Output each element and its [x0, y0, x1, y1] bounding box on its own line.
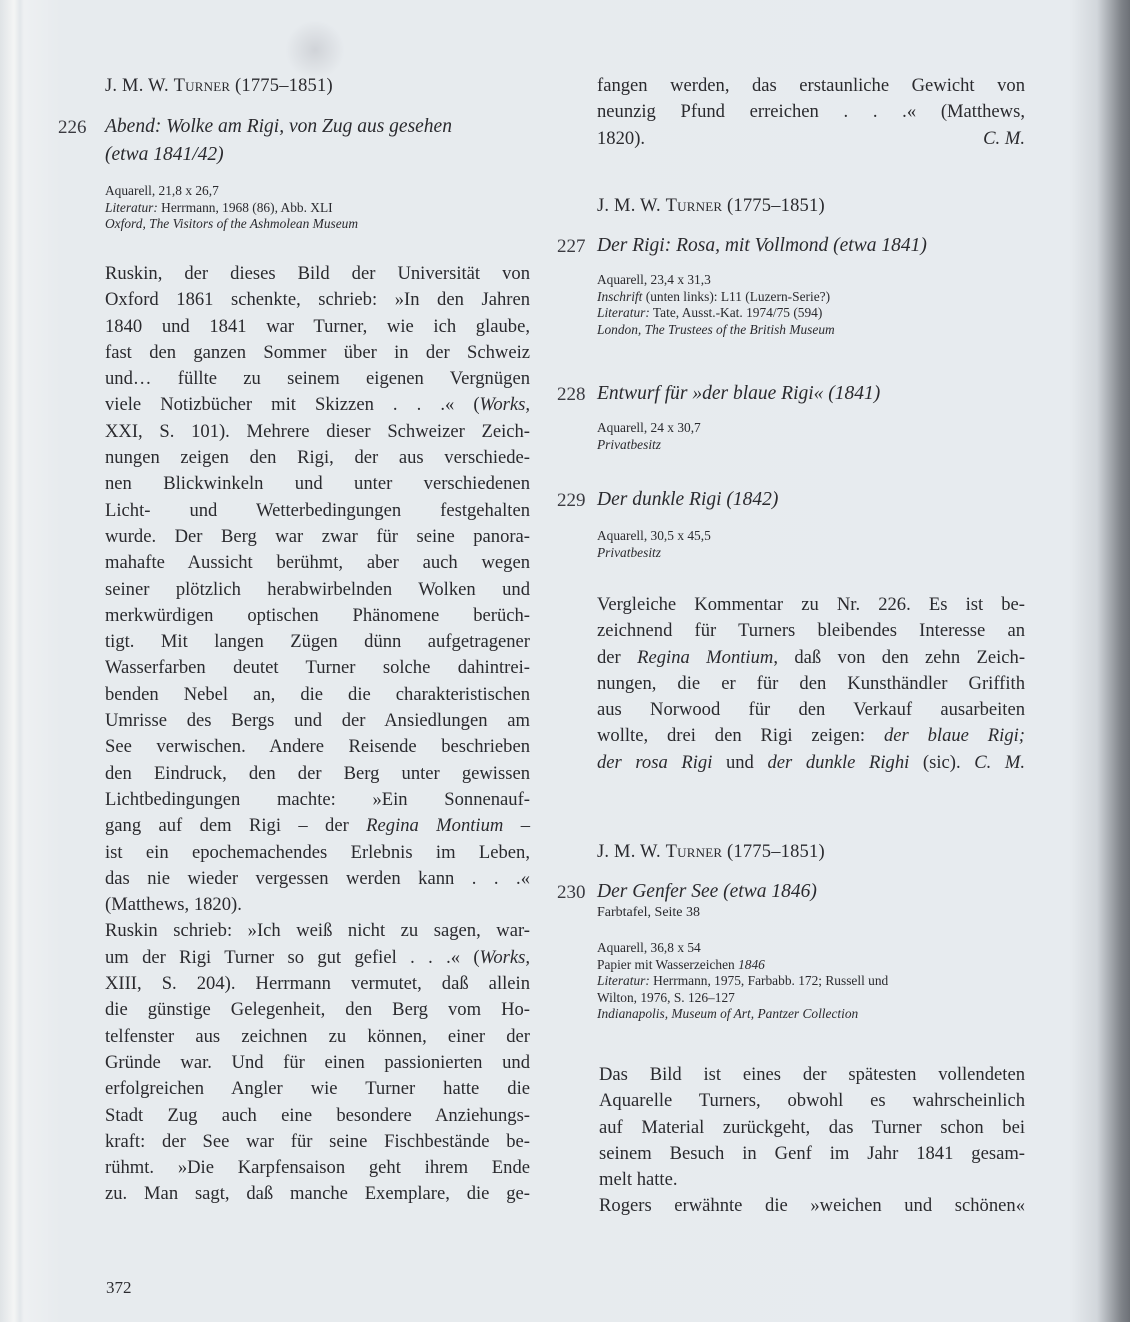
catalog-number-228: 228 — [557, 384, 586, 406]
literature-value: Wilton, 1976, S. 126–127 — [597, 990, 888, 1007]
artist-heading-227: J. M. W. Turner (1775–1851) — [597, 196, 825, 217]
text-line: zeichnend für Turners bleibendes Interes… — [597, 618, 1025, 644]
page-number: 372 — [106, 1278, 132, 1298]
entry-title-227: Der Rigi: Rosa, mit Vollmond (etwa 1841) — [597, 232, 927, 260]
text-line: Stadt Zug auch eine besondere Anziehungs… — [105, 1103, 530, 1129]
author-signature: C. M. — [974, 752, 1025, 773]
medium: Aquarell, 24 x 30,7 — [597, 420, 701, 437]
text-line: und… füllte zu seinem eigenen Vergnügen — [105, 366, 530, 392]
text-segment: viele Notizbücher mit Skizzen . . .« ( — [105, 394, 480, 415]
text-line: Gründe war. Und für einen passionierten … — [105, 1050, 530, 1076]
title-line: (etwa 1841/42) — [105, 141, 545, 169]
text-line: Oxford 1861 schenkte, schrieb: »In den J… — [105, 287, 530, 313]
text-line: nungen, die er für den Kunsthändler Grif… — [597, 671, 1025, 697]
inscription-label: Inschrift — [597, 289, 642, 304]
spine-shadow — [1070, 0, 1130, 1322]
text-line: nen Blickwinkeln und unter verschiedenen — [105, 471, 530, 497]
paper-smudge — [285, 20, 345, 80]
text-line: der Regina Montium, daß von den zehn Zei… — [597, 645, 1025, 671]
medium: Aquarell, 36,8 x 54 — [597, 940, 888, 957]
text-line: das nie wieder vergessen werden kann . .… — [105, 866, 530, 892]
entry-meta-229: Aquarell, 30,5 x 45,5 Privatbesitz — [597, 528, 711, 561]
text-line: Lichtbedingungen machte: »Ein Sonnenauf- — [105, 787, 530, 813]
text-line: wurde. Der Berg war zwar für seine panor… — [105, 524, 530, 550]
inscription-value: (unten links): L11 (Luzern-Serie?) — [642, 289, 830, 304]
literature: Literatur: Herrmann, 1975, Farbabb. 172;… — [597, 973, 888, 990]
author-signature: C. M. — [983, 126, 1025, 152]
entry-meta-228: Aquarell, 24 x 30,7 Privatbesitz — [597, 420, 701, 453]
text-segment: der — [597, 647, 637, 668]
artist-heading-226: J. M. W. Turner (1775–1851) — [105, 76, 333, 97]
commentary-229: Vergleiche Kommentar zu Nr. 226. Es ist … — [597, 592, 1025, 776]
literature: Literatur: Herrmann, 1968 (86), Abb. XLI — [105, 200, 358, 217]
text-line: benden Nebel an, die die charakteristisc… — [105, 682, 530, 708]
entry-title-226: Abend: Wolke am Rigi, von Zug aus gesehe… — [105, 113, 545, 169]
text-line: merkwürdigen optischen Phänomene berüch- — [105, 603, 530, 629]
book-page: J. M. W. Turner (1775–1851) 226 Abend: W… — [0, 0, 1130, 1322]
entry-meta-230: Aquarell, 36,8 x 54 Papier mit Wasserzei… — [597, 940, 888, 1023]
text-line: See verwischen. Andere Reisende beschrie… — [105, 734, 530, 760]
text-line: XIII, S. 204). Herrmann vermutet, daß al… — [105, 971, 530, 997]
artist-initials: J. M. W. — [597, 196, 666, 216]
text-line: Das Bild ist eines der spätesten vollend… — [599, 1062, 1025, 1088]
collection: Indianapolis, Museum of Art, Pantzer Col… — [597, 1006, 858, 1021]
entry-title-228: Entwurf für »der blaue Rigi« (1841) — [597, 380, 880, 408]
literature-label: Literatur: — [105, 200, 158, 215]
text-line: Aquarelle Turners, obwohl es wahrscheinl… — [599, 1088, 1025, 1114]
commentary-226-continued: fangen werden, das erstaunliche Gewicht … — [597, 73, 1025, 152]
artist-initials: J. M. W. — [105, 76, 174, 96]
paper: Papier mit Wasserzeichen 1846 — [597, 957, 888, 974]
text-segment: 1820). — [597, 126, 645, 152]
medium: Aquarell, 21,8 x 26,7 — [105, 183, 358, 200]
text-line: 1840 und 1841 war Turner, wie ich glaube… — [105, 314, 530, 340]
text-segment: , daß von den zehn Zeich- — [773, 647, 1025, 668]
literature: Literatur: Tate, Ausst.-Kat. 1974/75 (59… — [597, 305, 835, 322]
collection: Privatbesitz — [597, 545, 661, 560]
text-line: seinem Besuch in Genf im Jahr 1841 gesam… — [599, 1141, 1025, 1167]
artist-dates: (1775–1851) — [230, 76, 333, 96]
text-line: seiner plötzlich herabwirbelnden Wolken … — [105, 577, 530, 603]
catalog-number-227: 227 — [557, 236, 586, 258]
literature-value: Tate, Ausst.-Kat. 1974/75 (594) — [650, 305, 823, 320]
text-line: Rogers erwähnte die »weichen und schönen… — [599, 1193, 1025, 1219]
title-line: Abend: Wolke am Rigi, von Zug aus gesehe… — [105, 113, 545, 141]
entry-title-230: Der Genfer See (etwa 1846) — [597, 878, 817, 906]
catalog-number-226: 226 — [58, 117, 87, 139]
italic-title: der blaue Rigi; — [884, 725, 1025, 746]
text-line: tigt. Mit langen Zügen dünn aufgetragene… — [105, 629, 530, 655]
artist-heading-230: J. M. W. Turner (1775–1851) — [597, 842, 825, 863]
text-segment: (sic). — [909, 752, 974, 773]
text-line: kraft: der See war für seine Fischbestän… — [105, 1129, 530, 1155]
text-line: 1820).C. M. — [597, 126, 1025, 152]
collection: London, The Trustees of the British Muse… — [597, 322, 835, 337]
text-segment: gang auf dem Rigi – der — [105, 815, 366, 836]
text-line: aus Norwood für den Verkauf ausarbeiten — [597, 697, 1025, 723]
italic-regina-montium: Regina Montium — [366, 815, 503, 836]
collection: Oxford, The Visitors of the Ashmolean Mu… — [105, 216, 358, 231]
text-line: melt hatte. — [599, 1167, 1025, 1193]
text-line: rühmt. »Die Karpfensaison geht ihrem End… — [105, 1155, 530, 1181]
plate-reference: Farbtafel, Seite 38 — [597, 905, 700, 922]
text-line: Ruskin, der dieses Bild der Universität … — [105, 261, 530, 287]
text-line: die günstige Gelegenheit, den Berg vom H… — [105, 997, 530, 1023]
collection: Privatbesitz — [597, 437, 661, 452]
text-line: der rosa Rigi und der dunkle Righi (sic)… — [597, 750, 1025, 776]
artist-initials: J. M. W. — [597, 842, 666, 862]
text-segment: und — [712, 752, 767, 773]
medium: Aquarell, 23,4 x 31,3 — [597, 272, 835, 289]
italic-regina-montium: Regina Montium — [637, 647, 773, 668]
italic-title: der dunkle Righi — [767, 752, 909, 773]
catalog-number-229: 229 — [557, 490, 586, 512]
artist-name: Turner — [174, 76, 231, 96]
text-segment: – — [503, 815, 530, 836]
italic-title: der rosa Rigi — [597, 752, 712, 773]
text-line: XXI, S. 101). Mehrere dieser Schweizer Z… — [105, 419, 530, 445]
text-line: fast den ganzen Sommer über in der Schwe… — [105, 340, 530, 366]
literature-value: Herrmann, 1968 (86), Abb. XLI — [158, 200, 333, 215]
text-line: Ruskin schrieb: »Ich weiß nicht zu sagen… — [105, 918, 530, 944]
artist-name: Turner — [666, 196, 723, 216]
medium: Aquarell, 30,5 x 45,5 — [597, 528, 711, 545]
literature-label: Literatur: — [597, 973, 650, 988]
text-line: den Eindruck, den der Berg unter gewisse… — [105, 761, 530, 787]
text-line: Wasserfarben deutet Turner solche dahint… — [105, 655, 530, 681]
artist-dates: (1775–1851) — [722, 196, 825, 216]
text-line: telfenster aus zeichnen zu können, einer… — [105, 1024, 530, 1050]
text-line: erfolgreichen Angler wie Turner hatte di… — [105, 1076, 530, 1102]
text-segment: wollte, drei den Rigi zeigen: — [597, 725, 884, 746]
text-line: um der Rigi Turner so gut gefiel . . .« … — [105, 945, 530, 971]
text-line: viele Notizbücher mit Skizzen . . .« (Wo… — [105, 392, 530, 418]
text-line: (Matthews, 1820). — [105, 892, 530, 918]
text-line: Vergleiche Kommentar zu Nr. 226. Es ist … — [597, 592, 1025, 618]
catalog-number-230: 230 — [557, 882, 586, 904]
commentary-230: Das Bild ist eines der spätesten vollend… — [599, 1062, 1025, 1220]
text-line: auf Material zurückgeht, das Turner scho… — [599, 1115, 1025, 1141]
text-line: wollte, drei den Rigi zeigen: der blaue … — [597, 723, 1025, 749]
text-line: ist ein epochemachendes Erlebnis im Lebe… — [105, 840, 530, 866]
entry-title-229: Der dunkle Rigi (1842) — [597, 486, 778, 514]
artist-dates: (1775–1851) — [722, 842, 825, 862]
text-segment: um der Rigi Turner so gut gefiel . . .« … — [105, 947, 480, 968]
italic-works: Works, — [480, 947, 530, 968]
entry-meta-226: Aquarell, 21,8 x 26,7 Literatur: Herrman… — [105, 183, 358, 233]
text-line: gang auf dem Rigi – der Regina Montium – — [105, 813, 530, 839]
watermark-year: 1846 — [738, 957, 765, 972]
entry-meta-227: Aquarell, 23,4 x 31,3 Inschrift (unten l… — [597, 272, 835, 338]
text-line: fangen werden, das erstaunliche Gewicht … — [597, 73, 1025, 99]
italic-works: Works, — [480, 394, 530, 415]
text-line: neunzig Pfund erreichen . . .« (Matthews… — [597, 99, 1025, 125]
text-line: mahafte Aussicht berühmt, aber auch wege… — [105, 550, 530, 576]
text-line: Licht- und Wetterbedingungen festgehalte… — [105, 498, 530, 524]
inscription: Inschrift (unten links): L11 (Luzern-Ser… — [597, 289, 835, 306]
literature-label: Literatur: — [597, 305, 650, 320]
text-line: Umrisse des Bergs und der Ansiedlungen a… — [105, 708, 530, 734]
text-line: zu. Man sagt, daß manche Exemplare, die … — [105, 1181, 530, 1207]
literature-value: Herrmann, 1975, Farbabb. 172; Russell un… — [650, 973, 888, 988]
artist-name: Turner — [666, 842, 723, 862]
commentary-226: Ruskin, der dieses Bild der Universität … — [105, 261, 530, 1208]
text-line: nungen zeigen den Rigi, der aus verschie… — [105, 445, 530, 471]
paper-label: Papier mit Wasserzeichen — [597, 957, 738, 972]
